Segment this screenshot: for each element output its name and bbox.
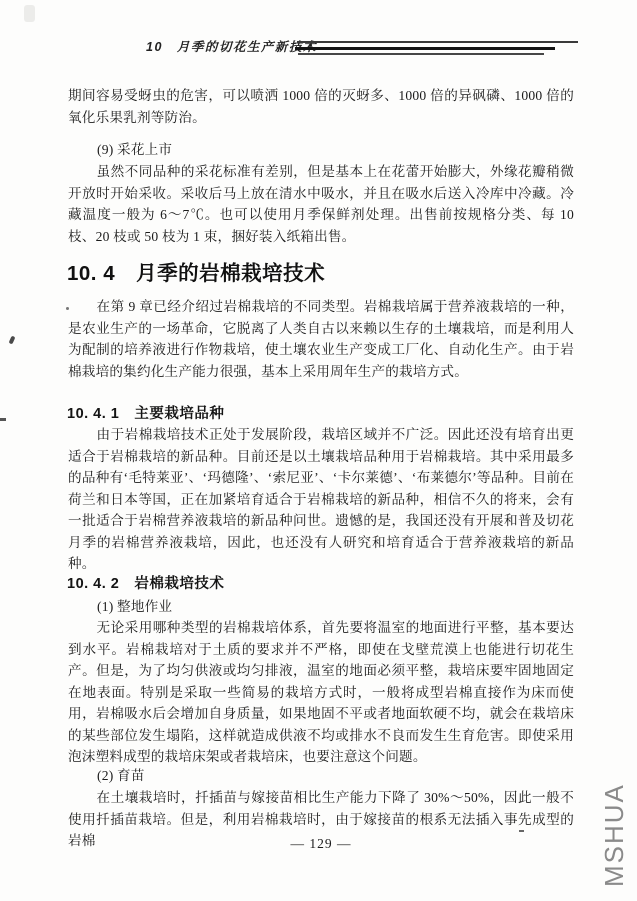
- watermark: MSHUA: [599, 783, 630, 887]
- list-item-seedling: (2) 育苗: [68, 765, 603, 787]
- list-item-land-preparation: (1) 整地作业: [68, 596, 603, 618]
- paragraph-land-preparation: 无论采用哪种类型的岩棉栽培体系，首先要将温室的地面进行平整，基本要达到水平。岩棉…: [68, 617, 574, 768]
- paragraph-varieties: 由于岩棉栽培技术正处于发展阶段，栽培区域并不广泛。因此还没有培育出更适合于岩棉栽…: [68, 424, 574, 575]
- scan-artifact-smudge: [24, 5, 35, 22]
- page-number: — 129 —: [68, 836, 574, 852]
- running-header: 10 月季的切花生产新技术: [146, 37, 317, 55]
- paragraph-rockwool-intro: 在第 9 章已经介绍过岩棉栽培的不同类型。岩棉栽培属于营养液栽培的一种，是农业生…: [68, 296, 574, 382]
- scanned-book-page: 10 月季的切花生产新技术 期间容易受蚜虫的危害，可以喷洒 1000 倍的灭蚜多…: [0, 0, 637, 901]
- scan-artifact-speck: [519, 830, 524, 832]
- paragraph-pest-control: 期间容易受蚜虫的危害，可以喷洒 1000 倍的灭蚜多、1000 倍的异砜磷、10…: [68, 85, 574, 128]
- scan-artifact-dash: [0, 418, 6, 421]
- scan-artifact-tick: [9, 336, 16, 345]
- list-item-harvest: (9) 采花上市: [68, 139, 603, 161]
- header-rule-bottom: [298, 53, 544, 55]
- subsection-heading-10-4-2: 10. 4. 2 岩棉栽培技术: [67, 572, 224, 593]
- header-rule-middle: [295, 47, 555, 50]
- scan-artifact-dot: [66, 307, 69, 310]
- paragraph-harvest: 虽然不同品种的采花标准有差别，但是基本上在花蕾开始膨大，外缘花瓣稍微开放时开始采…: [68, 161, 574, 247]
- section-heading-10-4: 10. 4 月季的岩棉栽培技术: [67, 256, 325, 286]
- header-rule-top: [297, 41, 578, 43]
- subsection-heading-10-4-1: 10. 4. 1 主要栽培品种: [67, 402, 224, 423]
